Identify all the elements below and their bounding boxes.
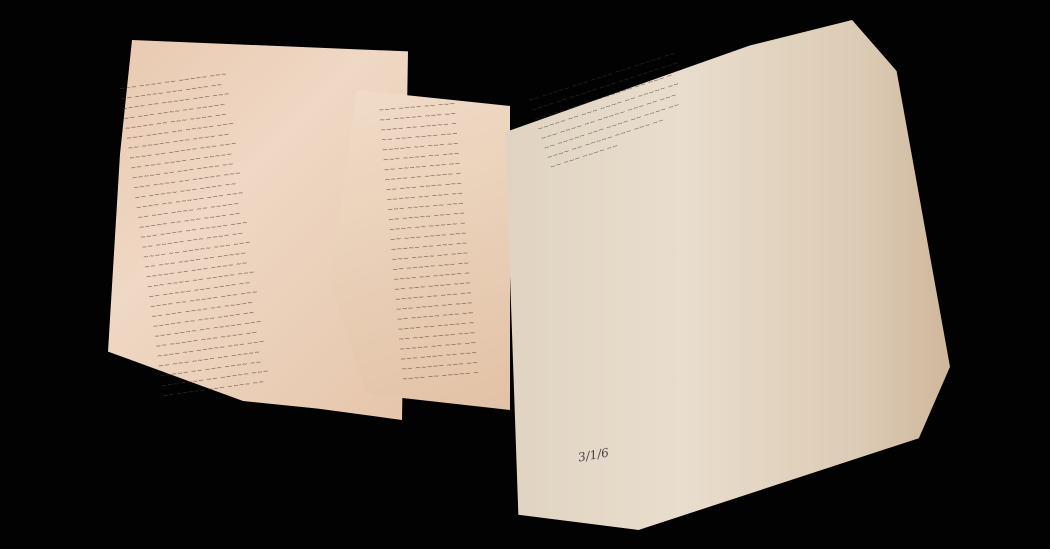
photo-scene: ~~~ ~~~~ ~~ ~~~~~ ~~~ ~~ ~~~~~ ~~~ ~~~~ … <box>0 0 1050 549</box>
